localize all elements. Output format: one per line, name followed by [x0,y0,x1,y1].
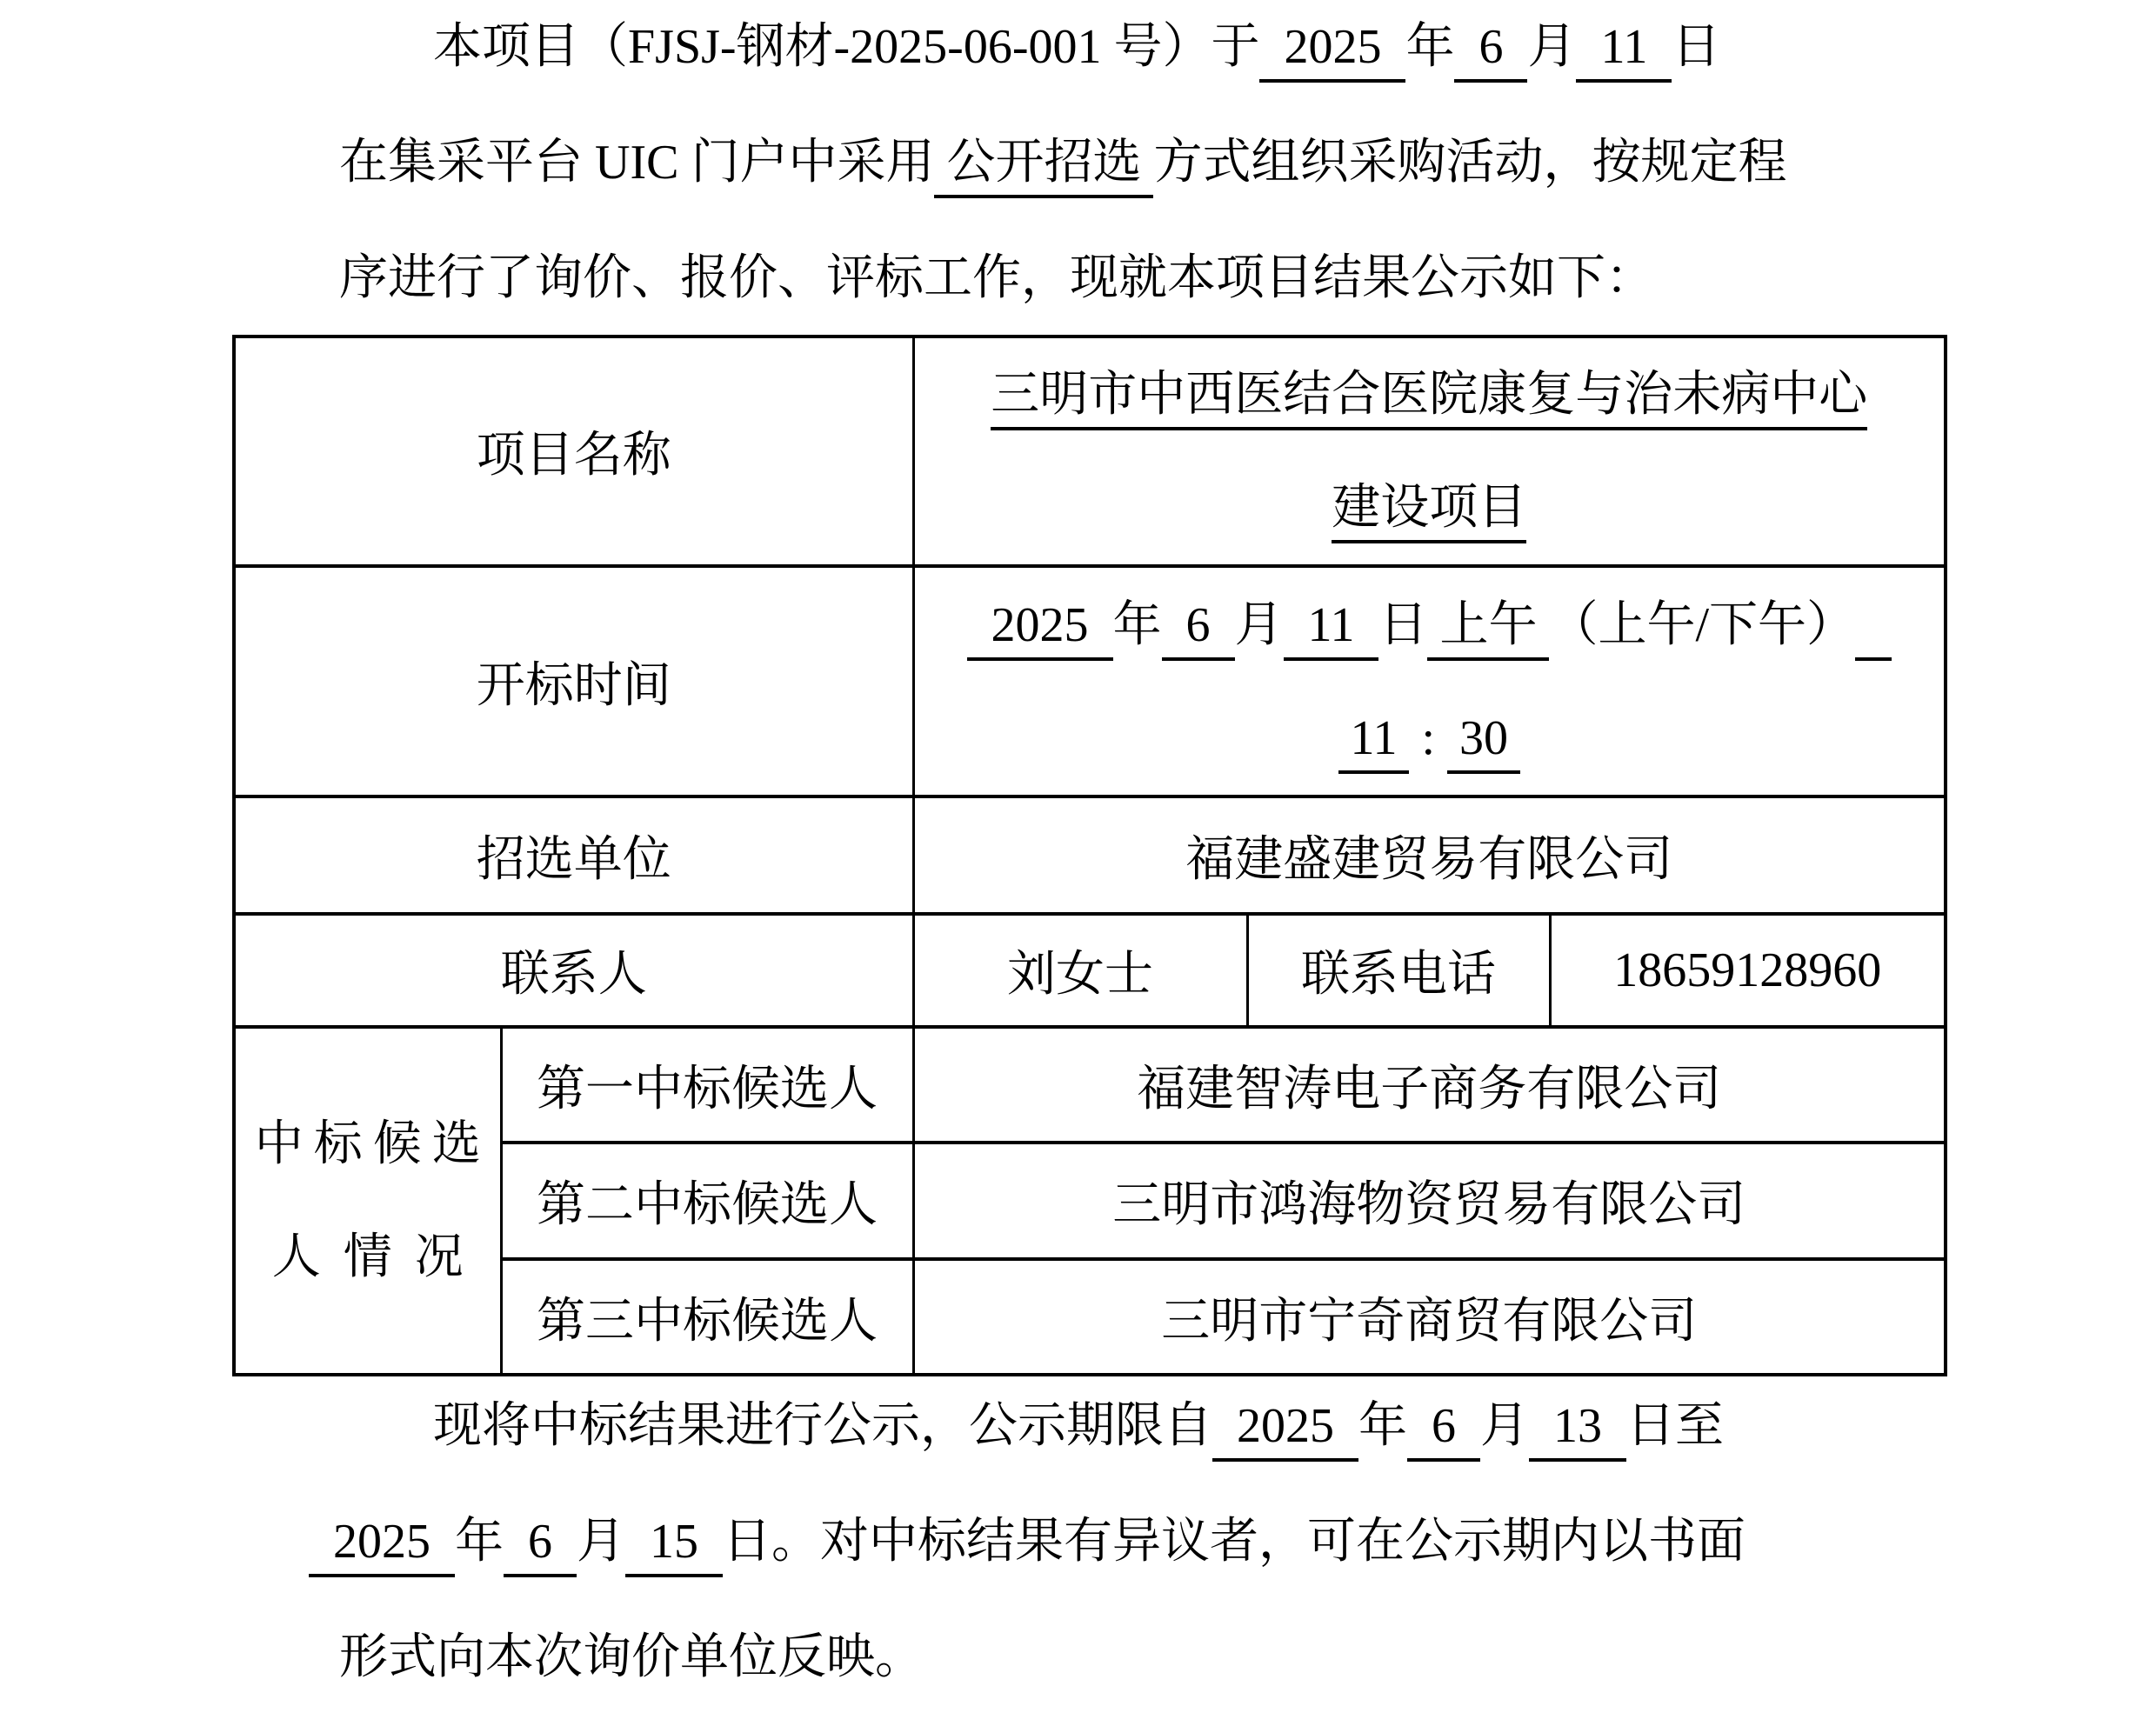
underlined-fill-in: 6 [1162,598,1235,661]
bid-time-value: 2025 年 6 月 11 日 上午 （上午/下午） 11 : 30 [913,566,1946,796]
underlined-fill-in: 15 [625,1515,723,1577]
candidate-1-company: 福建智涛电子商务有限公司 [913,1027,1946,1143]
document-page: 本项目（FJSJ-钢材-2025-06-001 号）于 2025 年 6 月 1… [0,0,2156,1726]
row-candidate-1: 中标候选 人情况 第一中标候选人 福建智涛电子商务有限公司 [234,1027,1946,1143]
intro-line-3: 序进行了询价、报价、评标工作，现就本项目结果公示如下： [339,221,1786,337]
intro-line-2: 在集采平台 UIC 门户中采用 公开招选 方式组织采购活动，按规定程 [339,105,1786,221]
project-name-value-line-1: 三明市中西医结合医院康复与治未病中心 [915,338,1945,451]
project-name-value: 三明市中西医结合医院康复与治未病中心 建设项目 [913,337,1946,566]
underlined-fill-in: 6 [1407,1399,1480,1462]
underlined-fill-in [1855,598,1892,661]
candidate-3-company: 三明市宁奇商贸有限公司 [913,1259,1946,1375]
bid-time-value-line-2: 11 : 30 [915,682,1945,795]
bid-time-label: 开标时间 [234,566,913,796]
contact-name: 刘女士 [913,914,1247,1027]
row-project-name: 项目名称 三明市中西医结合医院康复与治未病中心 建设项目 [234,337,1946,566]
row-contact: 联系人 刘女士 联系电话 18659128960 [234,914,1946,1027]
intro-line-1: 本项目（FJSJ-钢材-2025-06-001 号）于 2025 年 6 月 1… [339,0,1786,105]
row-org: 招选单位 福建盛建贸易有限公司 [234,796,1946,914]
underlined-fill-in: 公开招选 [934,136,1153,198]
project-name-value-line-2: 建设项目 [915,451,1945,564]
candidates-group-label: 中标候选 人情况 [234,1027,501,1375]
contact-phone-value: 18659128960 [1550,914,1946,1027]
underlined-fill-in: 2025 [1212,1399,1358,1462]
underlined-fill-in: 13 [1529,1399,1626,1462]
underlined-fill-in: 11 [1576,20,1672,83]
closing-line-2: 2025 年 6 月 15 日。对中标结果有异议者，可在公示期内以书面 [309,1484,1745,1600]
underlined-fill-in: 2025 [967,598,1113,661]
project-name-label: 项目名称 [234,337,913,566]
closing-paragraph: 现将中标结果进行公示，公示期限自 2025 年 6 月 13 日至 2025 年… [339,1369,1745,1716]
bid-time-value-line-1: 2025 年 6 月 11 日 上午 （上午/下午） [915,569,1945,682]
candidate-3-label: 第三中标候选人 [501,1259,913,1375]
closing-line-3: 形式向本次询价单位反映。 [339,1600,1745,1716]
closing-line-1: 现将中标结果进行公示，公示期限自 2025 年 6 月 13 日至 [339,1369,1745,1484]
row-bid-time: 开标时间 2025 年 6 月 11 日 上午 （上午/下午） 11 : 30 [234,566,1946,796]
underlined-fill-in: 11 [1338,711,1410,774]
underlined-fill-in: 30 [1447,711,1520,774]
underlined-fill-in: 建设项目 [1332,481,1526,543]
underlined-fill-in: 2025 [1259,20,1405,83]
underlined-fill-in: 三明市中西医结合医院康复与治未病中心 [991,368,1867,430]
contact-label: 联系人 [234,914,913,1027]
org-value: 福建盛建贸易有限公司 [913,796,1946,914]
candidate-1-label: 第一中标候选人 [501,1027,913,1143]
bid-result-table: 项目名称 三明市中西医结合医院康复与治未病中心 建设项目 开标时间 2025 年… [232,335,1947,1376]
underlined-fill-in: 2025 [309,1515,455,1577]
intro-paragraph: 本项目（FJSJ-钢材-2025-06-001 号）于 2025 年 6 月 1… [339,0,1786,337]
contact-phone-label: 联系电话 [1247,914,1550,1027]
candidate-2-company: 三明市鸿海物资贸易有限公司 [913,1143,1946,1259]
candidates-group-label-line-2: 人情况 [236,1201,500,1314]
candidate-2-label: 第二中标候选人 [501,1143,913,1259]
underlined-fill-in: 上午 [1427,598,1549,661]
org-label: 招选单位 [234,796,913,914]
underlined-fill-in: 6 [504,1515,577,1577]
underlined-fill-in: 11 [1284,598,1379,661]
underlined-fill-in: 6 [1454,20,1527,83]
candidates-group-label-line-1: 中标候选 [236,1088,500,1201]
